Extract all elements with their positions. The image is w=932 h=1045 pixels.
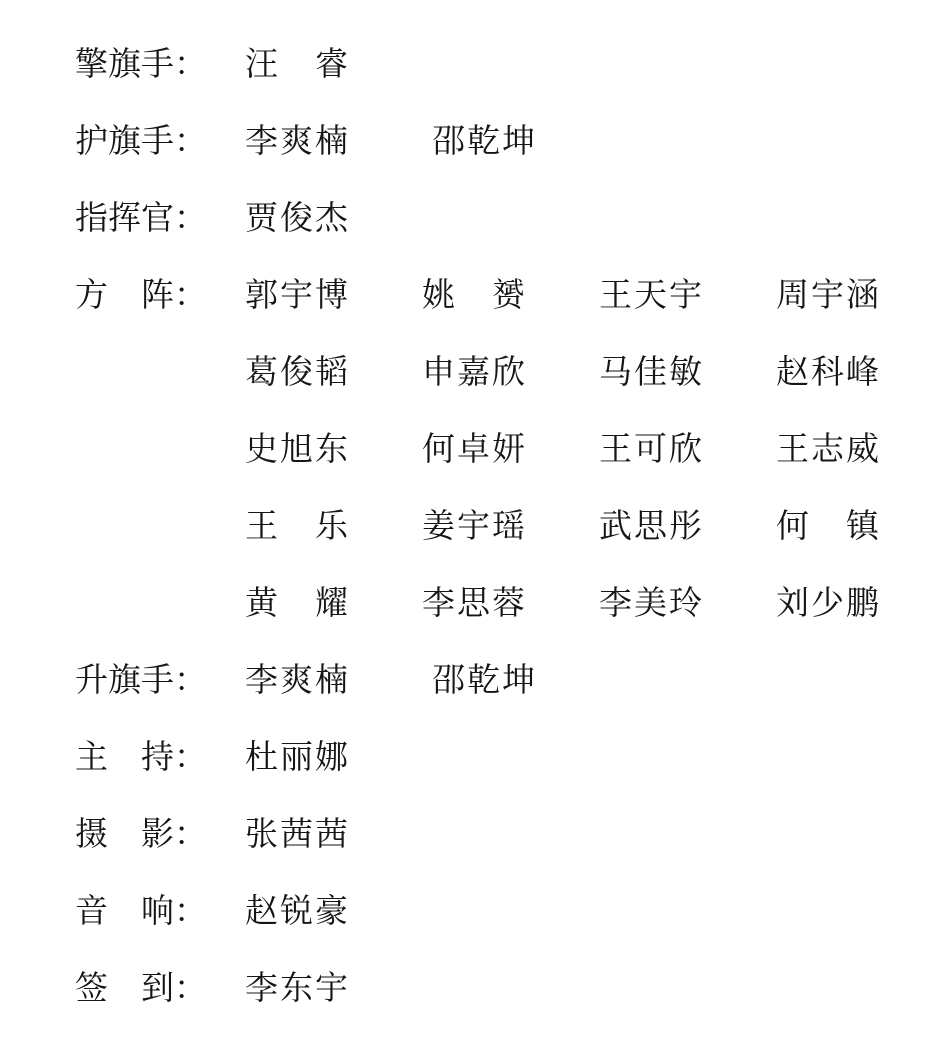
- person-name: 李思蓉: [422, 583, 529, 623]
- role-label: 方 阵：: [75, 275, 245, 315]
- person-name: 葛俊韬: [245, 352, 352, 392]
- formation-grid-row: 王 乐 姜宇瑶 武思彤 何 镇: [245, 506, 932, 546]
- person-name: 邵乾坤: [432, 660, 539, 700]
- person-name: 张茜茜: [245, 814, 352, 854]
- person-name: 何卓妍: [422, 429, 529, 469]
- role-label: 升旗手：: [75, 660, 245, 700]
- person-name: 贾俊杰: [245, 198, 352, 238]
- role-label: 音 响：: [75, 891, 245, 931]
- roster-document: 擎旗手： 汪 睿 护旗手： 李爽楠 邵乾坤 指挥官： 贾俊杰 方 阵： 郭宇博 …: [0, 0, 932, 1008]
- person-name: 赵锐豪: [245, 891, 352, 931]
- formation-grid-row: 郭宇博 姚 赟 王天宇 周宇涵: [245, 275, 932, 315]
- person-name: 赵科峰: [776, 352, 883, 392]
- role-label: 护旗手：: [75, 121, 245, 161]
- names-group: 贾俊杰: [245, 198, 423, 238]
- person-name: 周宇涵: [776, 275, 883, 315]
- names-group: 赵锐豪: [245, 891, 423, 931]
- role-label: 主 持：: [75, 737, 245, 777]
- person-name: 王志威: [776, 429, 883, 469]
- person-name: 姚 赟: [422, 275, 529, 315]
- role-label: 擎旗手：: [75, 44, 245, 84]
- role-label: 签 到：: [75, 968, 245, 1008]
- person-name: 武思彤: [599, 506, 706, 546]
- person-name: 邵乾坤: [432, 121, 539, 161]
- roster-row-formation: 方 阵： 郭宇博 姚 赟 王天宇 周宇涵 葛俊韬 申嘉欣 马佳敏 赵科峰 史旭东…: [75, 275, 932, 623]
- names-group: 李东宇: [245, 968, 423, 1008]
- formation-grid-row: 黄 耀 李思蓉 李美玲 刘少鹏: [245, 583, 932, 623]
- names-group: 李爽楠 邵乾坤: [245, 121, 610, 161]
- person-name: 杜丽娜: [245, 737, 352, 777]
- roster-row-flag-raisers: 升旗手： 李爽楠 邵乾坤: [75, 660, 932, 700]
- roster-row-sound: 音 响： 赵锐豪: [75, 891, 932, 931]
- person-name: 汪 睿: [245, 44, 352, 84]
- person-name: 李爽楠: [245, 660, 352, 700]
- person-name: 王 乐: [245, 506, 352, 546]
- person-name: 李美玲: [599, 583, 706, 623]
- roster-row-host: 主 持： 杜丽娜: [75, 737, 932, 777]
- person-name: 刘少鹏: [776, 583, 883, 623]
- person-name: 王可欣: [599, 429, 706, 469]
- formation-grid-row: 葛俊韬 申嘉欣 马佳敏 赵科峰: [245, 352, 932, 392]
- names-group: 李爽楠 邵乾坤: [245, 660, 610, 700]
- names-group: 杜丽娜: [245, 737, 423, 777]
- role-label: 指挥官：: [75, 198, 245, 238]
- formation-grid: 郭宇博 姚 赟 王天宇 周宇涵 葛俊韬 申嘉欣 马佳敏 赵科峰 史旭东 何卓妍 …: [245, 275, 932, 623]
- roster-row-commander: 指挥官： 贾俊杰: [75, 198, 932, 238]
- roster-row-photography: 摄 影： 张茜茜: [75, 814, 932, 854]
- person-name: 何 镇: [776, 506, 883, 546]
- person-name: 李东宇: [245, 968, 352, 1008]
- role-label: 摄 影：: [75, 814, 245, 854]
- names-group: 张茜茜: [245, 814, 423, 854]
- roster-row-flag-bearer: 擎旗手： 汪 睿: [75, 44, 932, 84]
- person-name: 王天宇: [599, 275, 706, 315]
- roster-row-flag-guards: 护旗手： 李爽楠 邵乾坤: [75, 121, 932, 161]
- person-name: 姜宇瑶: [422, 506, 529, 546]
- formation-grid-row: 史旭东 何卓妍 王可欣 王志威: [245, 429, 932, 469]
- person-name: 黄 耀: [245, 583, 352, 623]
- person-name: 马佳敏: [599, 352, 706, 392]
- roster-row-signin: 签 到： 李东宇: [75, 968, 932, 1008]
- person-name: 史旭东: [245, 429, 352, 469]
- person-name: 申嘉欣: [422, 352, 529, 392]
- person-name: 李爽楠: [245, 121, 352, 161]
- names-group: 汪 睿: [245, 44, 423, 84]
- person-name: 郭宇博: [245, 275, 352, 315]
